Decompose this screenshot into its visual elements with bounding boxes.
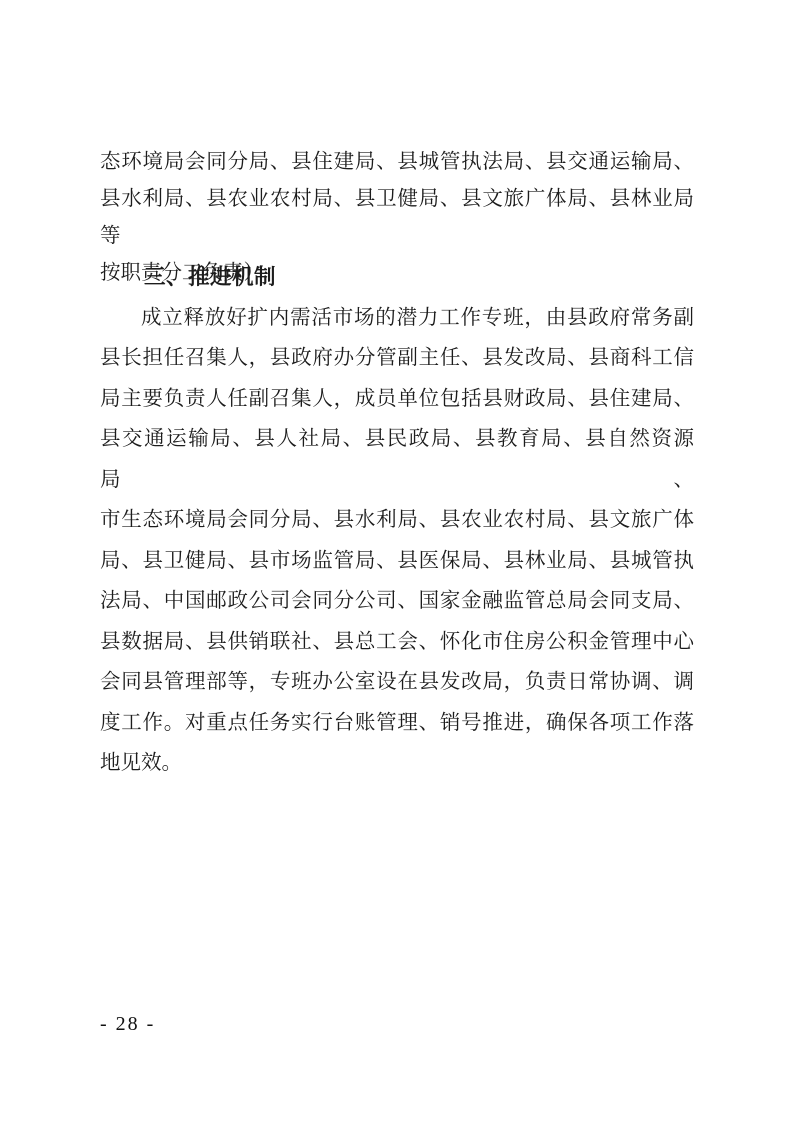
paragraph-line: 县长担任召集人，县政府办分管副主任、县发改局、县商科工信 — [100, 338, 694, 379]
paragraph-line: 地见效。 — [100, 743, 694, 784]
paragraph-line: 县交通运输局、县人社局、县民政局、县教育局、县自然资源局、 — [100, 419, 694, 500]
paragraph-line: 局、县卫健局、县市场监管局、县医保局、县林业局、县城管执 — [100, 541, 694, 582]
section-block: 三、推进机制 成立释放好扩内需活市场的潜力工作专班，由县政府常务副 县长担任召集… — [100, 257, 694, 784]
paragraph-line: 会同县管理部等，专班办公室设在县发改局，负责日常协调、调 — [100, 662, 694, 703]
paragraph-line: 县数据局、县供销联社、县总工会、怀化市住房公积金管理中心 — [100, 622, 694, 663]
paragraph-line: 局主要负责人任副召集人，成员单位包括县财政局、县住建局、 — [100, 379, 694, 420]
section-heading: 三、推进机制 — [100, 257, 694, 298]
paragraph-line: 态环境局会同分局、县住建局、县城管执法局、县交通运输局、 — [100, 144, 694, 181]
paragraph-line: 成立释放好扩内需活市场的潜力工作专班，由县政府常务副 — [100, 298, 694, 339]
page-number: - 28 - — [100, 1013, 155, 1036]
paragraph-line: 法局、中国邮政公司会同分公司、国家金融监管总局会同支局、 — [100, 581, 694, 622]
paragraph-line: 度工作。对重点任务实行台账管理、销号推进，确保各项工作落 — [100, 703, 694, 744]
paragraph-line: 市生态环境局会同分局、县水利局、县农业农村局、县文旅广体 — [100, 500, 694, 541]
paragraph-line: 县水利局、县农业农村局、县卫健局、县文旅广体局、县林业局等 — [100, 181, 694, 255]
document-page: 态环境局会同分局、县住建局、县城管执法局、县交通运输局、 县水利局、县农业农村局… — [0, 0, 793, 1122]
